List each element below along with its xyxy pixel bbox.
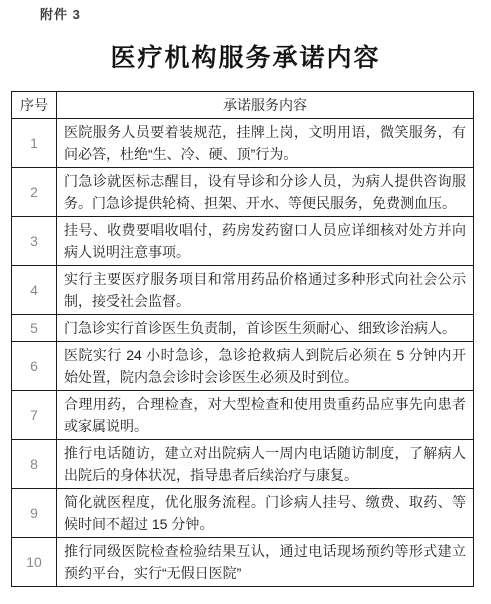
table-row: 6医院实行 24 小时急诊，急诊抢救病人到院后必须在 5 分钟内开始处置，院内急… <box>12 342 474 391</box>
row-number: 5 <box>12 315 57 342</box>
header-serial-number: 序号 <box>12 92 57 119</box>
row-content: 推行同级医院检查检验结果互认，通过电话现场预约等形式建立预约平台，实行“无假日医… <box>57 538 474 587</box>
row-content: 门急诊就医标志醒目，设有导诊和分诊人员，为病人提供咨询服务。门急诊提供轮椅、担架… <box>57 168 474 217</box>
row-content: 实行主要医疗服务项目和常用药品价格通过多种形式向社会公示制，接受社会监督。 <box>57 266 474 315</box>
row-number: 1 <box>12 119 57 168</box>
row-content: 合理用药，合理检查，对大型检查和使用贵重药品应事先向患者或家属说明。 <box>57 391 474 440</box>
attachment-label: 附件 3 <box>40 4 81 23</box>
row-number: 7 <box>12 391 57 440</box>
row-content: 简化就医程度，优化服务流程。门诊病人挂号、缴费、取药、等候时间不超过 15 分钟… <box>57 489 474 538</box>
table-row: 10推行同级医院检查检验结果互认，通过电话现场预约等形式建立预约平台，实行“无假… <box>12 538 474 587</box>
table-header: 序号 承诺服务内容 <box>12 92 474 119</box>
row-number: 9 <box>12 489 57 538</box>
row-content: 门急诊实行首诊医生负责制，首诊医生须耐心、细致诊治病人。 <box>57 315 474 342</box>
row-number: 2 <box>12 168 57 217</box>
row-number: 3 <box>12 217 57 266</box>
document-page: 附件 3 医疗机构服务承诺内容 序号 承诺服务内容 1医院服务人员要着装规范，挂… <box>0 0 491 604</box>
table-row: 7合理用药，合理检查，对大型检查和使用贵重药品应事先向患者或家属说明。 <box>12 391 474 440</box>
row-content: 挂号、收费要唱收唱付，药房发药窗口人员应详细核对处方并向病人说明注意事项。 <box>57 217 474 266</box>
row-content: 推行电话随访，建立对出院病人一周内电话随访制度，了解病人出院后的身体状况，指导患… <box>57 440 474 489</box>
row-content: 医院实行 24 小时急诊，急诊抢救病人到院后必须在 5 分钟内开始处置，院内急会… <box>57 342 474 391</box>
table-row: 2门急诊就医标志醒目，设有导诊和分诊人员，为病人提供咨询服务。门急诊提供轮椅、担… <box>12 168 474 217</box>
header-service-content: 承诺服务内容 <box>57 92 474 119</box>
table-body: 1医院服务人员要着装规范，挂牌上岗，文明用语，微笑服务，有问必答，杜绝“生、冷、… <box>12 119 474 587</box>
table-row: 9简化就医程度，优化服务流程。门诊病人挂号、缴费、取药、等候时间不超过 15 分… <box>12 489 474 538</box>
table-row: 8推行电话随访，建立对出院病人一周内电话随访制度，了解病人出院后的身体状况，指导… <box>12 440 474 489</box>
row-content: 医院服务人员要着装规范，挂牌上岗，文明用语，微笑服务，有问必答，杜绝“生、冷、硬… <box>57 119 474 168</box>
table-row: 4实行主要医疗服务项目和常用药品价格通过多种形式向社会公示制，接受社会监督。 <box>12 266 474 315</box>
row-number: 10 <box>12 538 57 587</box>
page-title: 医疗机构服务承诺内容 <box>0 38 491 74</box>
table-header-row: 序号 承诺服务内容 <box>12 92 474 119</box>
commitment-table: 序号 承诺服务内容 1医院服务人员要着装规范，挂牌上岗，文明用语，微笑服务，有问… <box>11 91 474 587</box>
table-row: 5门急诊实行首诊医生负责制，首诊医生须耐心、细致诊治病人。 <box>12 315 474 342</box>
row-number: 4 <box>12 266 57 315</box>
row-number: 6 <box>12 342 57 391</box>
table-row: 3挂号、收费要唱收唱付，药房发药窗口人员应详细核对处方并向病人说明注意事项。 <box>12 217 474 266</box>
row-number: 8 <box>12 440 57 489</box>
table-row: 1医院服务人员要着装规范，挂牌上岗，文明用语，微笑服务，有问必答，杜绝“生、冷、… <box>12 119 474 168</box>
